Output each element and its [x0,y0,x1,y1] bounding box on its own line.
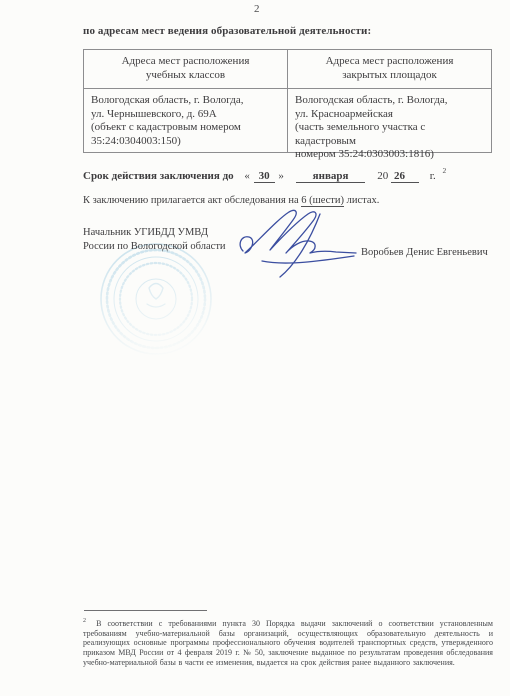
signer-name: Воробьев Денис Евгеньевич [361,247,488,258]
signature-strokes [240,210,356,277]
validity-month: января [296,170,366,183]
footnote-marker: 2 [83,618,86,624]
footnote: 2 В соответствии с требованиями пункта 3… [83,617,493,668]
validity-year-suffix: г. [430,170,436,182]
footnote-text: В соответствии с требованиями пункта 30 … [83,619,493,667]
table-header-closed-areas: Адреса мест расположения закрытых площад… [288,50,491,88]
validity-day: 30 [254,170,275,183]
section-heading: по адресам мест ведения образовательной … [83,25,371,37]
footnote-reference: 2 [443,166,447,175]
validity-label: Срок действия заключения до [83,170,234,182]
addresses-table: Адреса мест расположения учебных классов… [83,49,492,153]
quote-open: « [244,170,250,182]
table-cell-closed-area-address: Вологодская область, г. Вологда, ул. Кра… [288,89,491,152]
attachment-line: К заключению прилагается акт обследовани… [83,195,379,206]
table-header-row: Адреса мест расположения учебных классов… [84,50,491,89]
validity-year: 26 [391,170,419,183]
footnote-separator [84,610,207,611]
validity-line: Срок действия заключения до « 30 » январ… [83,166,446,183]
page-number: 2 [254,3,260,15]
handwritten-signature [234,206,362,280]
document-page: 2 по адресам мест ведения образовательно… [0,0,510,696]
table-cell-classroom-address: Вологодская область, г. Вологда, ул. Чер… [84,89,288,152]
attachment-suffix: листах. [347,195,380,206]
quote-close: » [278,170,284,182]
attachment-prefix: К заключению прилагается акт обследовани… [83,195,299,206]
table-row: Вологодская область, г. Вологда, ул. Чер… [84,89,491,152]
official-round-seal [97,240,215,358]
seal-rings [101,244,211,354]
signer-position: Начальник УГИБДД УМВД России по Вологодс… [83,226,226,253]
table-header-classrooms: Адреса мест расположения учебных классов [84,50,288,88]
validity-century: 20 [377,170,388,182]
